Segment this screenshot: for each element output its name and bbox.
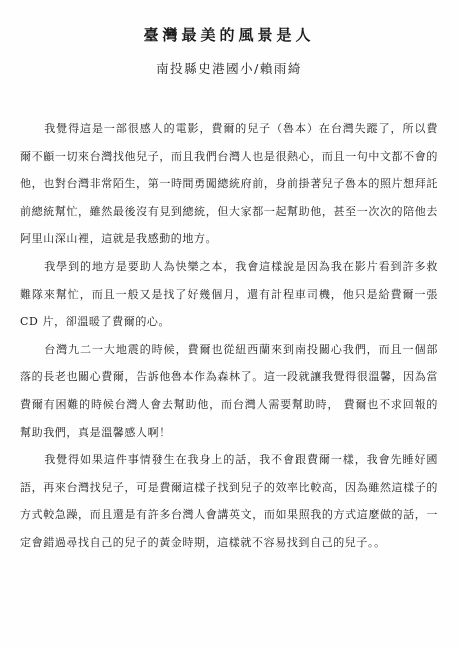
essay-paragraph: 我覺得這是一部很感人的電影，費爾的兒子（魯本）在台灣失蹤了，所以費爾不顧一切來台… [20, 115, 438, 253]
document-page: 臺灣最美的風景是人 南投縣史港國小/賴雨綺 我覺得這是一部很感人的電影，費爾的兒… [0, 0, 458, 648]
essay-body: 我覺得這是一部很感人的電影，費爾的兒子（魯本）在台灣失蹤了，所以費爾不顧一切來台… [0, 77, 458, 557]
essay-title: 臺灣最美的風景是人 [0, 0, 458, 45]
essay-paragraph: 我覺得如果這件事情發生在我身上的話，我不會跟費爾一樣，我會先睡好國語，再來台灣找… [20, 446, 438, 556]
essay-byline: 南投縣史港國小/賴雨綺 [0, 45, 458, 77]
essay-paragraph: 台灣九二一大地震的時候，費爾也從紐西蘭來到南投關心我們，而且一個部落的長老也關心… [20, 336, 438, 446]
essay-paragraph: 我學到的地方是要助人為快樂之本，我會這樣說是因為我在影片看到許多救難隊來幫忙，而… [20, 253, 438, 336]
